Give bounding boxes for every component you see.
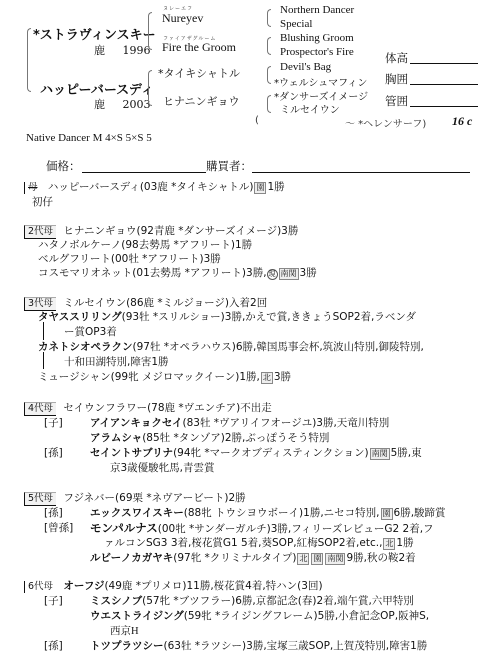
- relation-grandchild: [孫]: [44, 638, 63, 653]
- gen6-horse-1: ミスシノブ(57牝 *ブツフラー)6勝,京都記念(春)2着,端午賞,六甲特別: [90, 593, 414, 608]
- dam-color: 鹿: [94, 98, 105, 111]
- gen6-tag: 6代母: [24, 581, 56, 593]
- gen6-horse-3-name: トツプラツシー: [90, 640, 164, 652]
- buyer-label: 購買者：: [206, 158, 252, 174]
- gen3-horse-1-rest: (93牡 *スリルショー)3勝,かえで賞,ききょうSOP2着,ラベンダ: [122, 311, 416, 323]
- region-badge: 園: [381, 508, 393, 520]
- gen6-horse-1-rest: (57牝 *ブツフラー)6勝,京都記念(春)2着,端午賞,六甲特別: [142, 595, 414, 607]
- sire-dam-name: Fire the Groom: [162, 40, 236, 55]
- gen6-main-rest: (49鹿 *プリメロ)11勝,桜花賞4着,特ハン(3回): [104, 580, 322, 592]
- cannon-field[interactable]: [410, 106, 478, 107]
- region-badge: 北: [383, 538, 395, 550]
- dam-result: 1勝: [267, 181, 284, 193]
- sire-color: 鹿: [94, 44, 105, 57]
- gen3-horse-5: Devil's Bag: [280, 61, 331, 73]
- gen3-brace-2: [267, 37, 271, 55]
- relation-child: [子]: [44, 415, 63, 430]
- region-badge: 南関: [370, 448, 390, 460]
- dam-year: 2003: [122, 98, 150, 111]
- gen5-main: フジネバー(69栗 *ネヴアービート)2勝: [63, 492, 245, 504]
- family-open: (: [255, 115, 259, 126]
- current-region-icon: 現: [267, 269, 278, 280]
- dam-section: 母 ハッピーバースディ(03鹿 *タイキシャトル)園1勝: [24, 179, 285, 194]
- dam-main: ハッピーバースディ(03鹿 *タイキシャトル): [48, 181, 254, 193]
- gen3-horse-2: カネトシオペラクン(97牡 *オペラハウス)6勝,韓国馬事会杯,筑波山特別,御陵…: [38, 339, 424, 354]
- gen3-horse-3-text: ミュージシャン(99牝 メジロマックイーン)1勝,: [38, 371, 260, 383]
- gen2-offspring-1: ハタノボルケーノ(98去勢馬 *アフリート)1勝: [38, 237, 252, 252]
- buyer-field[interactable]: [252, 172, 470, 173]
- gen3-horse-3: ミュージシャン(99牝 メジロマックイーン)1勝,北3勝: [38, 369, 291, 384]
- gen4-horse-1-name: アイアンキョクセイ: [90, 417, 183, 429]
- gen5-horse-2: モンパルナス(00牝 *サンダーガルチ)3勝,フィリーズレビューG2 2着,フ: [90, 520, 434, 536]
- gen5-horse-3-name: ルビーノカガヤキ: [90, 552, 173, 564]
- gen5-horse-2-tail: 1勝: [396, 537, 413, 549]
- dam-dam-name: ヒナニンギョウ: [163, 93, 240, 109]
- gen3-horse-1-name: タヤススリリング: [38, 311, 122, 323]
- region-badge: 園: [254, 182, 266, 194]
- gen3-horse-4: Prospector's Fire: [280, 46, 354, 58]
- relation-great-grandchild: [曾孫]: [44, 520, 73, 535]
- chest-label: 胸囲: [385, 71, 408, 87]
- gen5-horse-1-rest: (88牝 トウシヨウボーイ)1勝,ニセコ特別,: [184, 507, 380, 519]
- gen3-horse-2: Special: [280, 18, 312, 30]
- region-badge: 北: [297, 553, 309, 565]
- gen2-main: ヒナニンギョウ(92青鹿 *ダンサーズイメージ)3勝: [63, 225, 298, 237]
- gen3-horse-2-cont: 十和田湖特別,障害1勝: [64, 354, 169, 369]
- dam-parents-brace: [148, 70, 152, 106]
- inbreeding-note: Native Dancer M 4×S 5×S 5: [26, 132, 152, 144]
- chest-field[interactable]: [410, 84, 478, 85]
- sire-details: 鹿 1996: [94, 42, 150, 58]
- gen3-horse-6: *ウェルシュマフィン: [274, 74, 367, 89]
- gen5-header: 5代母 フジネバー(69栗 *ネヴアービート)2勝: [24, 490, 246, 506]
- family-number: 16 c: [452, 114, 472, 129]
- sire-name: *ストラヴィンスキー: [33, 24, 156, 43]
- gen5-horse-3-tail: 9勝,秋の鞍2着: [346, 552, 415, 564]
- sire-parents-brace: [148, 12, 152, 50]
- family-line: ～ *ヘレンサーフ): [345, 115, 426, 130]
- gen3-brace-4: [267, 95, 271, 113]
- sire-year: 1996: [122, 44, 150, 57]
- gen3-brace-3: [267, 66, 271, 84]
- region-badge: 南関: [325, 553, 345, 565]
- gen5-horse-1-tail: 6勝,駿蹄賞: [394, 507, 446, 519]
- gen6-header: 6代母 オーフジ(49鹿 *プリメロ)11勝,桜花賞4着,特ハン(3回): [24, 578, 323, 593]
- gen2-offspring-3-text: コスモマリオネット(01去勢馬 *アフリート)3勝,: [38, 267, 267, 279]
- region-badge: 南関: [279, 268, 299, 280]
- gen5-horse-3: ルビーノカガヤキ(97牝 *クリミナルタイプ)北園南関9勝,秋の鞍2着: [90, 550, 416, 565]
- gen4-horse-3-rest: (94牝 *マークオブディスティンクション): [173, 447, 369, 459]
- gen3-horse-1: タヤススリリング(93牡 *スリルショー)3勝,かえで賞,ききょうSOP2着,ラ…: [38, 309, 416, 324]
- gen4-horse-2-name: アラムシャ: [90, 432, 142, 444]
- gen5-horse-3-rest: (97牝 *クリミナルタイプ): [173, 552, 296, 564]
- relation-child: [子]: [44, 593, 63, 608]
- gen6-horse-3-rest: (63牡 *ラツシー)3勝,宝塚三歳SOP,上賀茂特別,障害1勝: [164, 640, 428, 652]
- gen4-header: 4代母 セイウンフラワー(78鹿 *ヴエンチア)不出走: [24, 400, 272, 416]
- gen5-horse-1-name: エックスワイスキー: [90, 507, 184, 519]
- gen6-horse-2-cont: 西京H: [110, 623, 139, 638]
- gen2-offspring-3: コスモマリオネット(01去勢馬 *アフリート)3勝,現南関3勝: [38, 265, 317, 280]
- gen6-horse-1-name: ミスシノブ: [90, 595, 142, 607]
- sire-sire-name: Nureyev: [162, 11, 203, 26]
- gen3-horse-3-tail: 3勝: [274, 371, 291, 383]
- region-badge: 北: [261, 372, 273, 384]
- dam-note: 初仔: [32, 194, 53, 209]
- gen5-horse-2-name: モンパルナス: [90, 521, 158, 535]
- gen4-horse-3-tail: 5勝,東: [391, 447, 422, 459]
- gen4-horse-2: アラムシャ(85牡 *タンゾア)2勝,ぶっぽうそう特別: [90, 430, 329, 445]
- gen4-horse-1-rest: (83牡 *ヴアリイフオージユ)3勝,天竜川特別: [183, 417, 390, 429]
- dam-details: 鹿 2003: [94, 96, 150, 112]
- gen4-horse-3-cont: 京3歳優駿牝馬,青雲賞: [110, 460, 215, 475]
- sire-dam-brace: [27, 28, 31, 92]
- gen4-horse-3-name: セイントサブリナ: [90, 447, 173, 459]
- dam-tag: 母: [24, 182, 41, 194]
- gen4-horse-3: セイントサブリナ(94牝 *マークオブディスティンクション)南関5勝,東: [90, 445, 422, 460]
- relation-grandchild: [孫]: [44, 445, 63, 460]
- gen3-horse-1-cont: ー賞OP3着: [64, 324, 117, 339]
- dam-sire-name: *タイキシャトル: [158, 65, 240, 81]
- price-field[interactable]: [82, 172, 206, 173]
- gen2-offspring-3-tail: 3勝: [300, 267, 317, 279]
- gen5-tag: 5代母: [24, 492, 56, 506]
- gen6-main-name: オーフジ: [63, 580, 104, 592]
- gen5-horse-2-cont: ァルコンSG3 3着,桜花賞G1 5着,葵SOP,紅梅SOP2着,etc.,北1…: [104, 535, 414, 550]
- gen3-horse-2-name: カネトシオペラクン: [38, 341, 133, 353]
- gen6-horse-2: ウエストライジング(59牝 *ライジングフレーム)5勝,小倉記念OP,阪神S,: [90, 608, 429, 623]
- descendant-line: [43, 352, 44, 369]
- gen3-horse-3: Blushing Groom: [280, 32, 354, 44]
- gen4-tag: 4代母: [24, 402, 56, 416]
- relation-grandchild: [孫]: [44, 505, 63, 520]
- gen5-horse-1: エックスワイスキー(88牝 トウシヨウボーイ)1勝,ニセコ特別,園6勝,駿蹄賞: [90, 505, 446, 520]
- gen2-offspring-2: ベルグフリート(00牡 *アフリート)3勝: [38, 251, 221, 266]
- cannon-label: 管囲: [385, 93, 408, 109]
- gen3-main: ミルセイウン(86鹿 *ミルジョージ)入着2回: [63, 297, 267, 309]
- region-badge: 園: [311, 553, 323, 565]
- height-field[interactable]: [410, 63, 478, 64]
- gen6-horse-3: トツプラツシー(63牡 *ラツシー)3勝,宝塚三歳SOP,上賀茂特別,障害1勝: [90, 638, 427, 653]
- gen3-brace-1: [267, 9, 271, 27]
- gen4-main: セイウンフラワー(78鹿 *ヴエンチア)不出走: [63, 402, 271, 414]
- gen3-horse-8: ミルセイウン: [280, 101, 340, 116]
- gen6-horse-2-rest: (59牝 *ライジングフレーム)5勝,小倉記念OP,阪神S,: [184, 610, 429, 622]
- gen4-horse-2-rest: (85牡 *タンゾア)2勝,ぶっぽうそう特別: [142, 432, 329, 444]
- gen3-horse-1: Northern Dancer: [280, 4, 354, 16]
- gen5-horse-2-cont-text: ァルコンSG3 3着,桜花賞G1 5着,葵SOP,紅梅SOP2着,etc.,: [104, 537, 382, 549]
- price-label: 価格：: [46, 158, 81, 174]
- gen6-horse-2-name: ウエストライジング: [90, 610, 184, 622]
- gen3-horse-2-rest: (97牡 *オペラハウス)6勝,韓国馬事会杯,筑波山特別,御陵特別,: [133, 341, 424, 353]
- height-label: 体高: [385, 50, 408, 66]
- gen4-horse-1: アイアンキョクセイ(83牡 *ヴアリイフオージユ)3勝,天竜川特別: [90, 415, 389, 430]
- gen5-horse-2-rest: (00牝 *サンダーガルチ)3勝,フィリーズレビューG2 2着,フ: [158, 523, 434, 535]
- descendant-line: [43, 322, 44, 340]
